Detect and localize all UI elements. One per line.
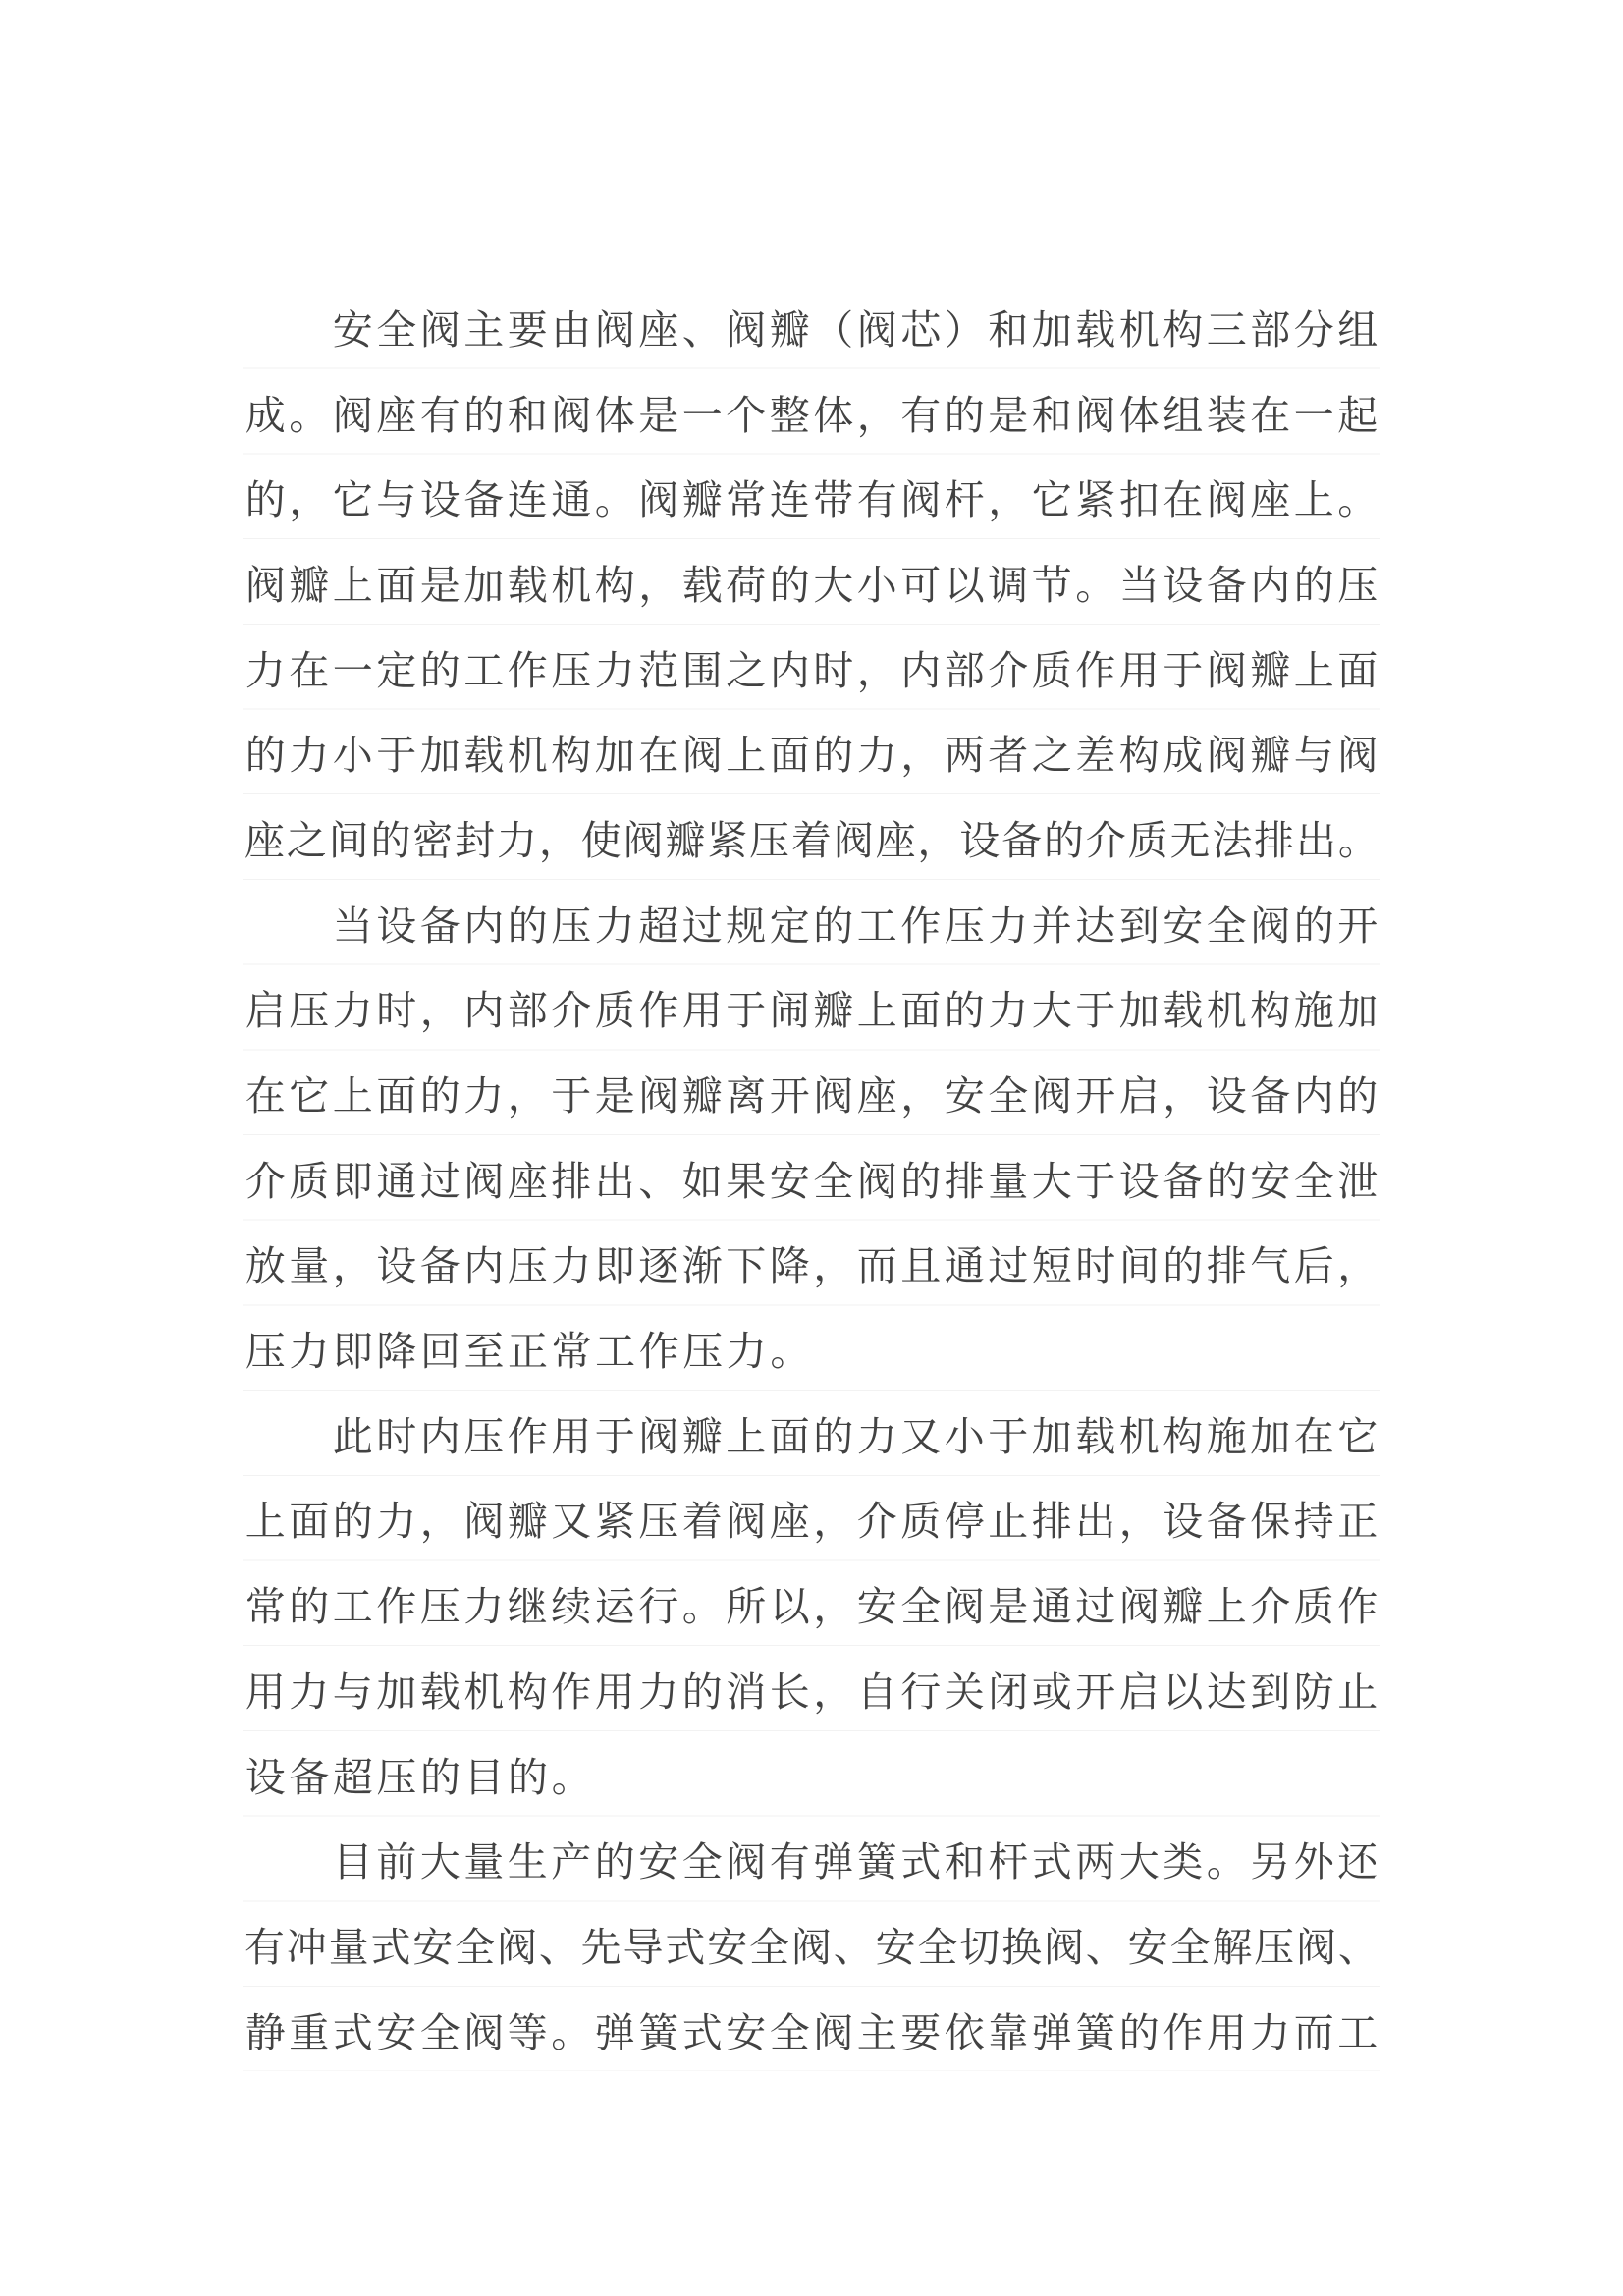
- char: 是: [987, 383, 1031, 441]
- char: 介: [1085, 808, 1127, 866]
- char: ，: [855, 638, 899, 696]
- char: 全: [1205, 894, 1249, 952]
- char: 可: [899, 553, 944, 611]
- char: 在: [1292, 1404, 1336, 1462]
- char: 的: [462, 383, 507, 441]
- char: 是: [987, 1574, 1031, 1632]
- char: 构: [593, 553, 637, 611]
- char: 力: [288, 1660, 332, 1718]
- char: 扣: [1117, 467, 1162, 525]
- char: 力: [725, 1319, 769, 1377]
- char: 质: [1030, 638, 1074, 696]
- text-line: 启压力时，内部介质作用于闹瓣上面的力大于加载机构施加: [243, 965, 1380, 1051]
- char: 阀: [855, 1149, 899, 1207]
- char: 量: [288, 1233, 332, 1291]
- char: 加: [593, 723, 637, 781]
- char: 阀: [637, 1064, 681, 1121]
- char: ，: [987, 467, 1031, 525]
- char: 而: [855, 1233, 899, 1291]
- char: 机: [462, 1660, 507, 1718]
- char: 开: [1074, 1064, 1118, 1121]
- char: 生: [506, 1830, 550, 1887]
- char: 时: [1074, 1233, 1118, 1291]
- char: 。: [1336, 467, 1380, 525]
- char: 用: [550, 1404, 594, 1462]
- char: 此: [331, 1404, 375, 1462]
- char: 全: [987, 1064, 1031, 1121]
- char: 大: [1030, 1149, 1074, 1207]
- char: 分: [1292, 298, 1336, 355]
- char: 自: [855, 1660, 899, 1718]
- char: 当: [331, 894, 375, 952]
- char: 式: [899, 1830, 944, 1887]
- char: 弹: [812, 1830, 856, 1887]
- char: 备: [288, 1745, 332, 1803]
- char: 闹: [768, 978, 812, 1036]
- char: 全: [680, 1830, 725, 1887]
- text-line: 安全阀主要由阀座、阀瓣（阀芯）和加载机构三部分组: [243, 284, 1380, 369]
- char: ，: [899, 723, 944, 781]
- char: ，: [812, 1233, 856, 1291]
- char: 力: [375, 1489, 419, 1547]
- char: 它: [1336, 1404, 1380, 1462]
- char: 和: [943, 1830, 987, 1887]
- char: 构: [1162, 298, 1206, 355]
- char: 载: [418, 1660, 462, 1718]
- char: 以: [1162, 1660, 1206, 1718]
- char: 。: [1337, 808, 1380, 866]
- char: 等: [506, 2000, 550, 2058]
- char: 瓣: [506, 1489, 550, 1547]
- char: 压: [243, 1319, 288, 1377]
- char: 定: [375, 638, 419, 696]
- char: 保: [1249, 1489, 1293, 1547]
- char: 组: [1336, 298, 1380, 355]
- char: 设: [1117, 1149, 1162, 1207]
- char: 阀: [1249, 894, 1293, 952]
- char: 降: [375, 1319, 419, 1377]
- char: 机: [506, 723, 550, 781]
- char: 用: [1205, 2000, 1249, 2058]
- char: 即: [331, 1149, 375, 1207]
- char: 作: [506, 638, 550, 696]
- char: 长: [768, 1660, 812, 1718]
- char: 载: [1162, 978, 1206, 1036]
- char: 安: [706, 1915, 748, 1973]
- char: 后: [1292, 1233, 1336, 1291]
- char: 全: [812, 1149, 856, 1207]
- char: ，: [538, 808, 580, 866]
- char: 工: [462, 638, 507, 696]
- char: 体: [1117, 383, 1162, 441]
- char: 防: [1292, 1660, 1336, 1718]
- char: 阀: [550, 383, 594, 441]
- char: 上: [725, 723, 769, 781]
- char: 先: [580, 1915, 622, 1973]
- char: 成: [1162, 723, 1206, 781]
- char: 整: [768, 383, 812, 441]
- char: 簧: [855, 1830, 899, 1887]
- char: 关: [943, 1660, 987, 1718]
- char: 安: [1127, 1915, 1169, 1973]
- char: 紧: [706, 808, 748, 866]
- char: 备: [418, 894, 462, 952]
- char: 果: [725, 1149, 769, 1207]
- char: 力: [1249, 2000, 1293, 2058]
- char: 换: [1001, 1915, 1043, 1973]
- char: 出: [1074, 1489, 1118, 1547]
- char: 设: [375, 894, 419, 952]
- char: 的: [418, 1064, 462, 1121]
- char: 加: [418, 723, 462, 781]
- char: 于: [550, 1064, 594, 1121]
- char: 设: [1162, 553, 1206, 611]
- char: 介: [243, 1149, 288, 1207]
- char: 阀: [725, 1489, 769, 1547]
- char: 弹: [1030, 2000, 1074, 2058]
- char: 质: [899, 1489, 944, 1547]
- char: 阀: [418, 298, 462, 355]
- text-line: 目前大量生产的安全阀有弹簧式和杆式两大类。另外还: [243, 1816, 1380, 1901]
- char: 组: [1162, 383, 1206, 441]
- char: 力: [593, 638, 637, 696]
- char: 行: [637, 1574, 681, 1632]
- char: 作: [375, 1574, 419, 1632]
- char: 于: [375, 723, 419, 781]
- char: 紧: [1074, 467, 1118, 525]
- char: 加: [1030, 298, 1074, 355]
- char: 的: [418, 638, 462, 696]
- text-line: 此时内压作用于阀瓣上面的力又小于加载机构施加在它: [243, 1391, 1380, 1476]
- char: 加: [1117, 978, 1162, 1036]
- char: 排: [943, 1149, 987, 1207]
- char: 装: [1205, 383, 1249, 441]
- char: 力: [550, 1233, 594, 1291]
- char: 上: [243, 1489, 288, 1547]
- char: 介: [855, 1489, 899, 1547]
- char: 者: [987, 723, 1031, 781]
- char: 部: [943, 638, 987, 696]
- char: 内: [462, 894, 507, 952]
- char: 类: [1162, 1830, 1206, 1887]
- char: ，: [899, 1064, 944, 1121]
- char: 另: [1249, 1830, 1293, 1887]
- char: 面: [1336, 638, 1380, 696]
- char: 降: [768, 1233, 812, 1291]
- char: 围: [680, 638, 725, 696]
- char: 座: [243, 808, 286, 866]
- char: 节: [1030, 553, 1074, 611]
- char: 阀: [622, 808, 665, 866]
- char: 外: [1292, 1830, 1336, 1887]
- char: 质: [593, 978, 637, 1036]
- char: 力: [987, 894, 1031, 952]
- char: 无: [1169, 808, 1212, 866]
- char: 内: [462, 978, 507, 1036]
- char: 机: [1117, 298, 1162, 355]
- char: 启: [1117, 1064, 1162, 1121]
- char: 座: [768, 1489, 812, 1547]
- char: 。: [680, 1574, 725, 1632]
- char: 的: [768, 553, 812, 611]
- char: 、: [538, 1915, 580, 1973]
- char: 且: [899, 1233, 944, 1291]
- char: 成: [243, 383, 288, 441]
- char: 加: [1249, 1404, 1293, 1462]
- text-line: 用力与加载机构作用力的消长，自行关闭或开启以达到防止: [243, 1646, 1380, 1731]
- char: 至: [462, 1319, 507, 1377]
- char: 面: [768, 723, 812, 781]
- char: 力: [462, 1574, 507, 1632]
- char: 备: [1205, 553, 1249, 611]
- char: 压: [748, 808, 790, 866]
- char: 。: [769, 1319, 813, 1377]
- char: 全: [917, 1915, 959, 1973]
- char: 和: [506, 383, 550, 441]
- char: 上: [855, 978, 899, 1036]
- char: 座: [637, 298, 681, 355]
- char: 力: [637, 1660, 681, 1718]
- char: 的: [812, 723, 856, 781]
- char: 是: [418, 553, 462, 611]
- char: 、: [680, 298, 725, 355]
- char: 压: [506, 1233, 550, 1291]
- char: 内: [418, 1404, 462, 1462]
- char: 逐: [637, 1233, 681, 1291]
- char: 冲: [286, 1915, 328, 1973]
- char: 连: [768, 467, 812, 525]
- char: 构: [1162, 1404, 1206, 1462]
- char: 安: [855, 1574, 899, 1632]
- char: 压: [637, 1489, 681, 1547]
- char: 于: [987, 1404, 1031, 1462]
- char: 即: [331, 1319, 375, 1377]
- char: 压: [418, 1574, 462, 1632]
- char: 消: [725, 1660, 769, 1718]
- char: 目: [462, 1745, 507, 1803]
- char: 下: [725, 1233, 769, 1291]
- char: 和: [1030, 383, 1074, 441]
- char: 加: [1030, 1404, 1074, 1462]
- char: 排: [1253, 808, 1295, 866]
- char: 在: [243, 1064, 288, 1121]
- char: 的: [593, 1830, 637, 1887]
- char: 常: [550, 1319, 594, 1377]
- char: 常: [725, 467, 769, 525]
- char: 于: [1074, 978, 1118, 1036]
- char: 式: [331, 2000, 375, 2058]
- char: 、: [833, 1915, 875, 1973]
- char: 解: [1211, 1915, 1253, 1973]
- char: （: [812, 298, 856, 355]
- char: 、: [1085, 1915, 1127, 1973]
- char: 作: [506, 1404, 550, 1462]
- char: 加: [1336, 978, 1380, 1036]
- char: 使: [580, 808, 622, 866]
- char: 又: [550, 1489, 594, 1547]
- char: 阀: [725, 1830, 769, 1887]
- char: 定: [768, 894, 812, 952]
- char: 通: [375, 1149, 419, 1207]
- text-line: 在它上面的力，于是阀瓣离开阀座，安全阀开启，设备内的: [243, 1050, 1380, 1135]
- char: 全: [375, 298, 419, 355]
- char: 力: [593, 894, 637, 952]
- char: 质: [1127, 808, 1169, 866]
- char: 紧: [593, 1489, 637, 1547]
- char: 安: [331, 298, 375, 355]
- char: 。: [1074, 553, 1118, 611]
- char: ，: [637, 553, 681, 611]
- text-line: 力在一定的工作压力范围之内时，内部介质作用于阀瓣上面: [243, 625, 1380, 710]
- char: 内: [899, 638, 944, 696]
- char: 在: [637, 723, 681, 781]
- char: 开: [768, 1064, 812, 1121]
- char: 的: [1292, 553, 1336, 611]
- char: 主: [855, 2000, 899, 2058]
- char: 的: [1292, 894, 1336, 952]
- char: 载: [1074, 1404, 1118, 1462]
- char: 出: [1295, 808, 1337, 866]
- char: 瓣: [680, 467, 725, 525]
- char: 内: [768, 638, 812, 696]
- char: 起: [1336, 383, 1380, 441]
- char: 和: [987, 298, 1031, 355]
- char: 是: [593, 1064, 637, 1121]
- char: 的: [943, 978, 987, 1036]
- char: 三: [1205, 298, 1249, 355]
- char: ，: [1117, 1489, 1162, 1547]
- char: 通: [943, 1233, 987, 1291]
- char: 达: [1074, 894, 1118, 952]
- char: 一: [331, 638, 375, 696]
- char: 工: [593, 1319, 637, 1377]
- char: 安: [943, 1064, 987, 1121]
- char: 重: [288, 2000, 332, 2058]
- char: ，: [812, 1574, 856, 1632]
- char: 闭: [987, 1660, 1031, 1718]
- char: 瓣: [1249, 723, 1293, 781]
- char: 时: [375, 978, 419, 1036]
- char: 式: [1030, 1830, 1074, 1887]
- char: 安: [725, 2000, 769, 2058]
- char: 压: [550, 638, 594, 696]
- char: 法: [1211, 808, 1253, 866]
- char: 力: [496, 808, 538, 866]
- char: 阀: [593, 298, 637, 355]
- char: 着: [680, 1489, 725, 1547]
- char: 介: [987, 638, 1031, 696]
- char: 大: [812, 553, 856, 611]
- char: 构: [550, 723, 594, 781]
- char: ，: [812, 1660, 856, 1718]
- char: 过: [987, 1233, 1031, 1291]
- char: 上: [331, 1064, 375, 1121]
- text-line: 的力小于加载机构加在阀上面的力，两者之差构成阀瓣与阀: [243, 709, 1380, 794]
- char: 依: [943, 2000, 987, 2058]
- char: 气: [1249, 1233, 1293, 1291]
- char: 阀: [1030, 1064, 1074, 1121]
- char: 范: [637, 638, 681, 696]
- char: 阀: [680, 723, 725, 781]
- char: 荷: [725, 553, 769, 611]
- char: 面: [375, 1064, 419, 1121]
- char: 阀: [1336, 723, 1380, 781]
- char: 体: [812, 383, 856, 441]
- char: 作: [1162, 2000, 1206, 2058]
- char: 一: [1292, 383, 1336, 441]
- char: 安: [375, 2000, 419, 2058]
- document-page: 安全阀主要由阀座、阀瓣（阀芯）和加载机构三部分组成。阀座有的和阀体是一个整体，有…: [0, 0, 1623, 2296]
- char: 之: [286, 808, 328, 866]
- char: 阀: [899, 467, 944, 525]
- char: 力: [243, 638, 288, 696]
- char: 全: [768, 2000, 812, 2058]
- char: 力: [462, 1064, 507, 1121]
- char: 或: [1030, 1660, 1074, 1718]
- char: 即: [593, 1233, 637, 1291]
- char: 由: [550, 298, 594, 355]
- char: 面: [768, 1404, 812, 1462]
- char: 式: [664, 1915, 706, 1973]
- text-line: 有冲量式安全阀、先导式安全阀、安全切换阀、安全解压阀、: [243, 1901, 1380, 1987]
- char: 瓣: [1162, 1574, 1206, 1632]
- char: 面: [288, 1489, 332, 1547]
- char: 如: [680, 1149, 725, 1207]
- char: 的: [1162, 1233, 1206, 1291]
- char: 阀: [1205, 638, 1249, 696]
- char: 部: [506, 978, 550, 1036]
- char: 在: [1249, 383, 1293, 441]
- char: 设: [958, 808, 1001, 866]
- char: 载: [506, 553, 550, 611]
- char: 要: [899, 2000, 944, 2058]
- char: 安: [1249, 1149, 1293, 1207]
- char: 设: [375, 1233, 419, 1291]
- char: 备: [1205, 1489, 1249, 1547]
- char: 瓣: [1249, 638, 1293, 696]
- char: 全: [1292, 1149, 1336, 1207]
- char: 内: [1249, 553, 1293, 611]
- char: 阀: [462, 1149, 507, 1207]
- char: 设: [1205, 1064, 1249, 1121]
- char: 载: [680, 553, 725, 611]
- char: 通: [550, 467, 594, 525]
- text-line: 静重式安全阀等。弹簧式安全阀主要依靠弹簧的作用力而工: [243, 1987, 1380, 2072]
- char: 调: [987, 553, 1031, 611]
- char: 主: [462, 298, 507, 355]
- char: 运: [593, 1574, 637, 1632]
- char: 它: [331, 467, 375, 525]
- char: 开: [1074, 1660, 1118, 1718]
- text-line: 常的工作压力继续运行。所以，安全阀是通过阀瓣上介质作: [243, 1560, 1380, 1646]
- char: 阀: [1117, 1574, 1162, 1632]
- char: 于: [1074, 1149, 1118, 1207]
- char: 式: [680, 2000, 725, 2058]
- char: 阀: [496, 1915, 538, 1973]
- char: 工: [855, 894, 899, 952]
- char: 弹: [593, 2000, 637, 2058]
- char: 的: [331, 1489, 375, 1547]
- char: ，: [917, 808, 959, 866]
- char: 渐: [680, 1233, 725, 1291]
- char: 在: [288, 638, 332, 696]
- char: 压: [550, 894, 594, 952]
- char: ）: [943, 298, 987, 355]
- char: 。: [550, 2000, 594, 2058]
- char: 芯: [899, 298, 944, 355]
- char: 压: [680, 1319, 725, 1377]
- char: 两: [1074, 1830, 1118, 1887]
